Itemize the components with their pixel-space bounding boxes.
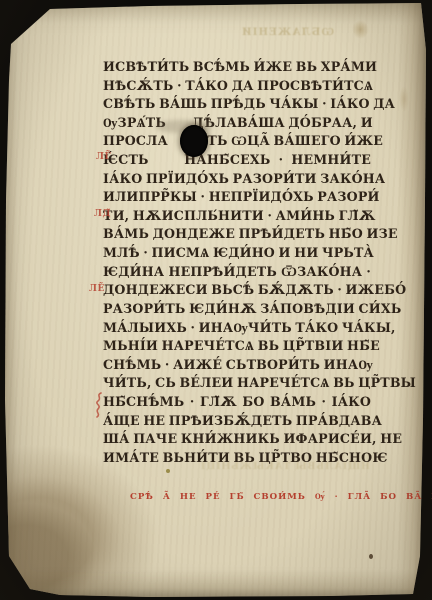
text-line: нб̃снѣ́мь · гл̃ѫ бо ва́мь · іа́ко	[103, 393, 371, 412]
margin-chapter-numeral: ле̃	[89, 284, 105, 294]
margin-chapter-numeral: лг̃	[96, 152, 111, 162]
text-line: ѥди́на непрѣи́деть ѿзако́на ·	[103, 263, 371, 282]
bleedthrough-title-text: ѡблаженіи	[242, 27, 334, 38]
text-line: исвѣти́ть всѣ́мь и́же вь хра́ми	[103, 58, 371, 77]
text-line: млѣ́ · писмѧ ѥди́но и ни чрьта̀	[103, 244, 371, 263]
text-line: іа́ко прїидо́хь разори́ти зако́на	[103, 170, 371, 189]
parchment-hole	[180, 125, 208, 157]
text-line: чи́ть, сь ве́леи нарече́тсѧ вь цр̃твы	[103, 374, 371, 393]
text-line: ти, нѫиспль́нити · ами́нь гл̃ѫ	[103, 207, 371, 226]
text-column: исвѣти́ть всѣ́мь и́же вь хра́ми нѣсѫ́ть …	[103, 58, 371, 467]
text-line: разори́ть ѥди́нѫ за́повѣдіи си́хь	[103, 300, 371, 319]
text-line: дондежеси вьсѣ́ бѫ́дѫть · ижебо́	[103, 281, 371, 300]
text-line: мьні́и нарече́тсѧ вь цр̃твіи нб̃е	[103, 337, 371, 356]
text-line: просла вѧ́ть ѡца̃ ва́шего и́же	[103, 132, 371, 151]
stain-speck	[352, 20, 369, 39]
text-line: снѣ́мь · аиже́ сьтвори́ть инаѹ	[103, 356, 371, 375]
rubric-line: срѣ́ а̃ не ре́ гь̃ свои́мь ѹ́ · гла̃ бо …	[130, 490, 326, 504]
text-line: свѣ́ть ва́шь прѣ́дь ча́кы · іа́ко да	[103, 95, 371, 114]
stain-speck	[369, 554, 373, 559]
stain-speck	[166, 469, 170, 473]
text-line: а́ще не прѣизбѫ́деть пра́вдава	[103, 412, 371, 431]
text-line: ва́мь дондеже прѣи́деть нб̃о изе	[103, 225, 371, 244]
text-line: ѹзрѧ́ть дѣ́лава́ша до́браа, и	[103, 114, 371, 133]
manuscript-photo: ѡблаженіи нщіальвы такыжьніці исвѣти́ть …	[0, 0, 432, 600]
text-line: ма́лыихь · инаѹчи́ть та́ко ча́кы,	[103, 319, 371, 338]
margin-flourish-icon	[92, 392, 106, 418]
margin-chapter-numeral: лд̃	[94, 209, 111, 219]
text-line: има́те вьни́ти вь цр̃тво нб̃сноѥ	[103, 449, 371, 468]
text-line: нѣсѫ́ть · та́ко да просвѣти́тсѧ	[103, 77, 371, 96]
text-line: ша́ паче кни́жникь ифарисе́и, не	[103, 430, 371, 449]
stain-speck	[399, 86, 409, 112]
text-line: ѥ́сть нанб̃сехь · немни́те	[103, 151, 371, 170]
text-line: илипрр̃кы · непрїидо́хь разори́	[103, 188, 371, 207]
